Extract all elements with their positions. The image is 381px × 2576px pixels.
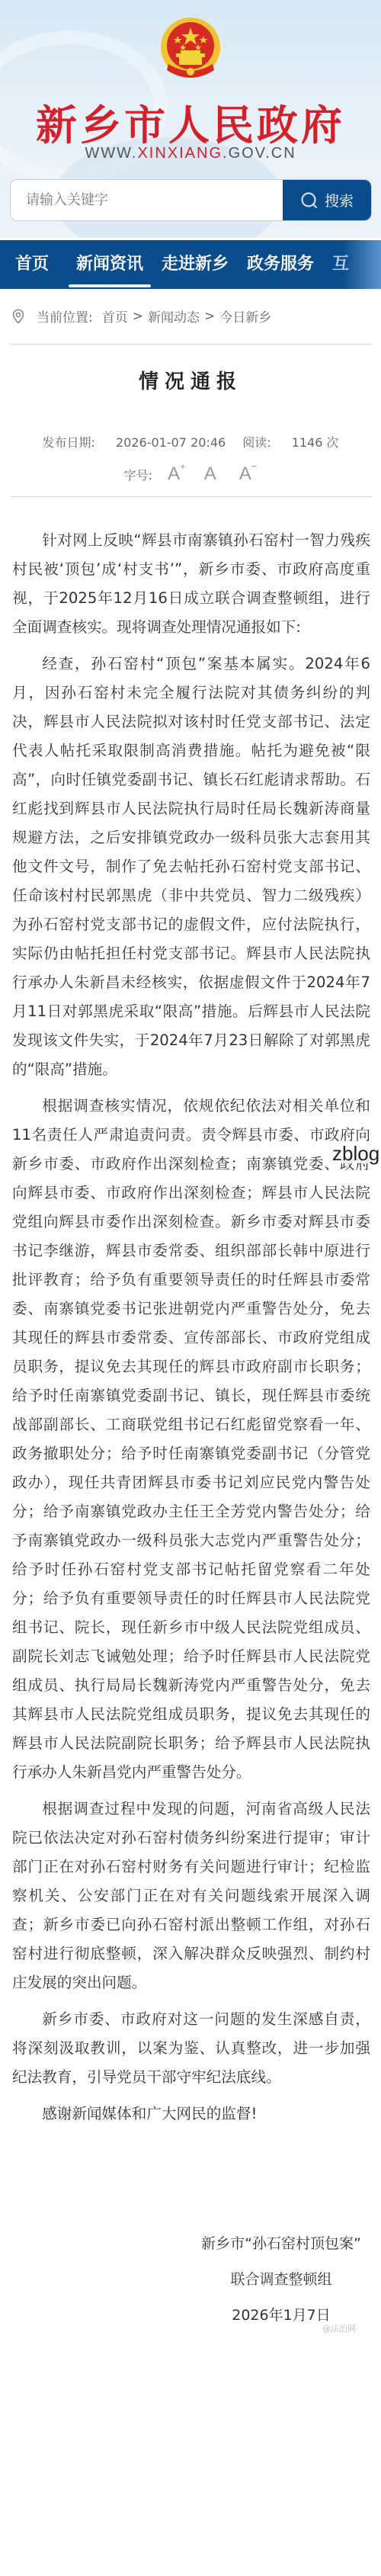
font-size-decrease-button[interactable]: A− <box>239 464 258 485</box>
breadcrumb: 当前位置: 首页 > 新闻动态 > 今日新乡 <box>11 306 271 326</box>
signature-group: 联合调查整顿组 <box>194 2262 369 2298</box>
publish-date-label: 发布日期: <box>43 435 95 450</box>
site-url-suffix: .GOV.CN <box>223 145 296 162</box>
nav-item-about-xinxiang[interactable]: 走进新乡 <box>162 240 229 289</box>
divider <box>10 344 372 345</box>
site-url: WWW.XINXIANG.GOV.CN <box>0 145 381 162</box>
article-paragraph: 经查，孙石窑村“顶包”案基本属实。2024年6月，因孙石窑村未完全履行法院对其债… <box>12 650 370 1084</box>
search-button-label: 搜索 <box>325 190 354 210</box>
font-size-default-button[interactable]: A <box>204 464 216 485</box>
publish-date: 2026-01-07 20:46 <box>116 435 226 450</box>
article-paragraph: 新乡市委、市政府对这一问题的发生深感自责，将深刻汲取教训，以案为鉴、认真整改，进… <box>12 2005 370 2092</box>
article-paragraph: 根据调查核实情况，依规依纪依法对相关单位和11名责任人严肃追责问责。责令辉县市委… <box>12 1092 370 1787</box>
font-size-controls: 字号: A+ A A− <box>0 464 381 485</box>
site-title: 新乡市人民政府 <box>0 93 381 152</box>
font-size-increase-button[interactable]: A+ <box>168 464 186 485</box>
search-input[interactable] <box>11 180 283 220</box>
breadcrumb-separator: > <box>133 309 143 324</box>
breadcrumb-news-updates[interactable]: 新闻动态 <box>148 306 200 326</box>
site-url-highlight: XINXIANG <box>137 145 223 162</box>
read-count-label: 阅读: <box>242 435 271 450</box>
article-signature: 新乡市“孙石窑村顶包案” 联合调查整顿组 2026年1月7日 <box>194 2226 369 2334</box>
national-emblem-icon <box>158 17 223 85</box>
search-icon <box>300 191 319 210</box>
breadcrumb-prefix: 当前位置: <box>37 306 93 326</box>
article-title: 情况通报 <box>0 366 381 394</box>
divider <box>10 496 372 497</box>
site-url-prefix: WWW. <box>85 145 137 162</box>
nav-item-news[interactable]: 新闻资讯 <box>76 240 143 289</box>
article-paragraph: 针对网上反映“辉县市南寨镇孙石窑村一智力残疾村民被‘顶包’成‘村支书’”，新乡市… <box>12 526 370 642</box>
nav-item-interaction[interactable]: 互 <box>332 240 349 289</box>
main-nav: 首页 新闻资讯 走进新乡 政务服务 互 <box>0 240 381 289</box>
location-pin-icon <box>11 309 26 324</box>
breadcrumb-today-xinxiang[interactable]: 今日新乡 <box>219 306 271 326</box>
read-count: 1146 次 <box>292 435 339 450</box>
font-size-label: 字号: <box>124 466 152 483</box>
weibo-watermark: @法治网 <box>322 2322 356 2334</box>
nav-item-gov-services[interactable]: 政务服务 <box>247 240 314 289</box>
signature-org: 新乡市“孙石窑村顶包案” <box>194 2226 369 2262</box>
breadcrumb-home[interactable]: 首页 <box>102 306 128 326</box>
article-body: 针对网上反映“辉县市南寨镇孙石窑村一智力残疾村民被‘顶包’成‘村支书’”，新乡市… <box>12 526 370 2136</box>
article-paragraph: 感谢新闻媒体和广大网民的监督! <box>12 2100 370 2128</box>
nav-item-home[interactable]: 首页 <box>15 240 49 289</box>
site-header-banner: 新乡市人民政府 WWW.XINXIANG.GOV.CN 搜索 <box>0 0 381 238</box>
read-count-group: 阅读: 1146 次 <box>242 435 338 450</box>
overlay-watermark: zblog <box>331 1144 381 1163</box>
search-button[interactable]: 搜索 <box>283 180 371 220</box>
publish-date-group: 发布日期: 2026-01-07 20:46 <box>43 435 226 450</box>
breadcrumb-separator: > <box>204 309 215 324</box>
article-paragraph: 根据调查过程中发现的问题，河南省高级人民法院已依法决定对孙石窑村债务纠纷案进行提… <box>12 1795 370 1997</box>
search-bar: 搜索 <box>10 179 372 221</box>
article-meta: 发布日期: 2026-01-07 20:46阅读: 1146 次 <box>0 433 381 451</box>
